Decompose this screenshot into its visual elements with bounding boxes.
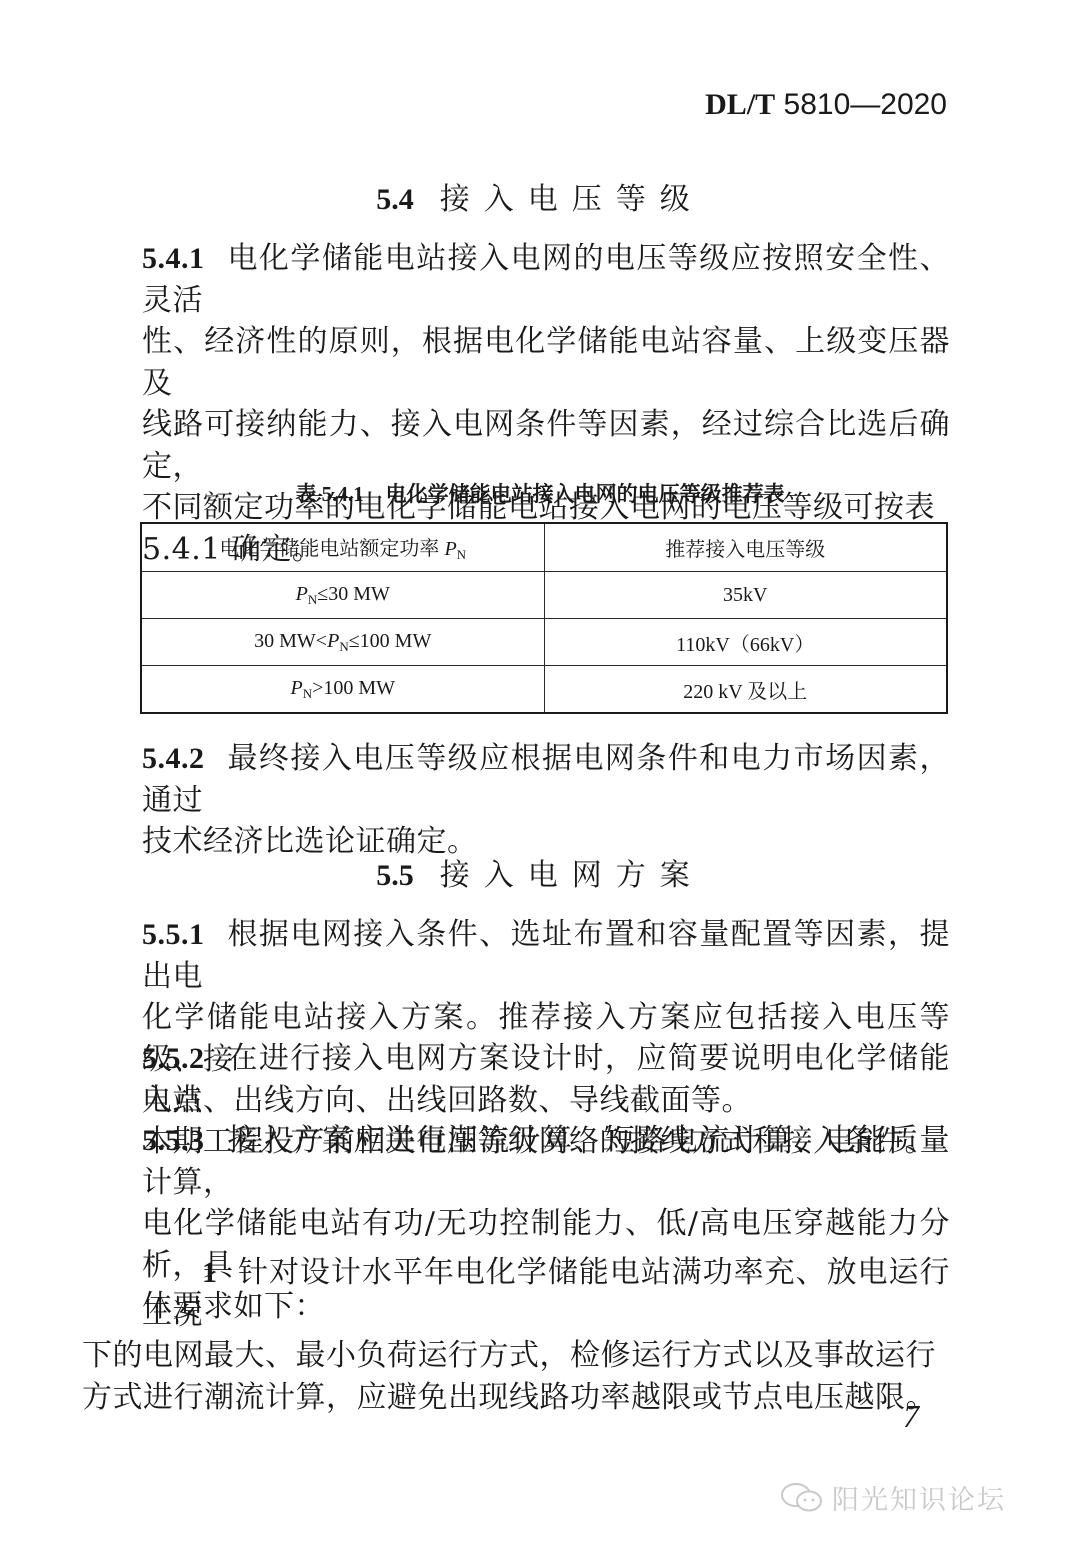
section-title: 接入电网方案 [440, 858, 704, 893]
header-text: 电化学储能电站额定功率 [219, 538, 444, 560]
table-caption: 表 5.4.1电化学储能电站接入电网的电压等级推荐表 [0, 478, 1080, 508]
clause-line: 性、经济性的原则，根据电化学储能电站容量、上级变压器及 [142, 324, 950, 401]
clause-number: 5.4.2 [142, 742, 205, 775]
watermark-text: 阳光知识论坛 [832, 1478, 1006, 1517]
table-number: 表 5.4.1 [295, 482, 363, 506]
subscript-n: N [339, 639, 348, 654]
clause-number: 5.5.2 [142, 1042, 205, 1075]
symbol-p: P [444, 538, 456, 560]
table-header-row: 电化学储能电站额定功率 PN 推荐接入电压等级 [141, 523, 947, 572]
power-suffix: >100 MW [312, 677, 395, 699]
clause-number: 5.5.3 [142, 1124, 205, 1157]
item-line: 方式进行潮流计算，应避免出现线路功率越限或节点电压越限。 [82, 1377, 936, 1419]
table-row: 30 MW<PN≤100 MW 110kV（66kV） [141, 619, 947, 666]
voltage-level-table: 电化学储能电站额定功率 PN 推荐接入电压等级 PN≤30 MW 35kV 30… [140, 522, 948, 714]
clause-5-4-1: 5.4.1电化学储能电站接入电网的电压等级应按照安全性、灵活 性、经济性的原则，… [142, 238, 950, 570]
clause-line: 接入方案应进行潮流计算、短路电流计算、电能质量计算， [142, 1123, 950, 1200]
power-prefix: 30 MW< [254, 630, 327, 652]
header-rated-power: 电化学储能电站额定功率 PN [141, 523, 544, 572]
subscript-n: N [457, 547, 466, 562]
standard-prefix: DL/T [705, 88, 775, 121]
clause-5-4-2: 5.4.2最终接入电压等级应根据电网条件和电力市场因素，通过 技术经济比选论证确… [142, 738, 950, 863]
page-number: 7 [903, 1398, 919, 1435]
clause-number: 5.4.1 [142, 242, 205, 275]
cell-power: PN≤30 MW [141, 572, 544, 619]
section-number: 5.5 [376, 859, 414, 892]
section-number: 5.4 [376, 183, 414, 216]
clause-line: 最终接入电压等级应根据电网条件和电力市场因素，通过 [142, 741, 950, 818]
watermark: 阳光知识论坛 [780, 1478, 1006, 1517]
section-heading-5-5: 5.5接入电网方案 [0, 850, 1080, 894]
symbol-p: P [327, 630, 339, 652]
power-suffix: ≤30 MW [317, 583, 390, 605]
item-number: 1 [202, 1256, 218, 1289]
cell-voltage: 110kV（66kV） [544, 619, 947, 666]
power-suffix: ≤100 MW [349, 630, 432, 652]
clause-line: 线路可接纳能力、接入电网条件等因素，经过综合比选后确定， [142, 407, 950, 484]
section-title: 接入电压等级 [440, 182, 704, 217]
cell-power: PN>100 MW [141, 666, 544, 714]
subscript-n: N [303, 686, 312, 701]
standard-number: 5810—2020 [784, 88, 947, 121]
symbol-p: P [296, 583, 308, 605]
wechat-icon [780, 1481, 824, 1515]
clause-5-5-3-item-1: 1针对设计水平年电化学储能电站满功率充、放电运行工况 下的电网最大、最小负荷运行… [142, 1252, 950, 1418]
clause-line: 根据电网接入条件、选址布置和容量配置等因素，提出电 [142, 917, 950, 994]
standard-code: DL/T 5810—2020 [705, 88, 947, 122]
clause-line: 电化学储能电站接入电网的电压等级应按照安全性、灵活 [142, 241, 950, 318]
cell-voltage: 35kV [544, 572, 947, 619]
subscript-n: N [308, 592, 317, 607]
cell-voltage: 220 kV 及以上 [544, 666, 947, 714]
section-heading-5-4: 5.4接入电压等级 [0, 174, 1080, 218]
cell-power: 30 MW<PN≤100 MW [141, 619, 544, 666]
clause-number: 5.5.1 [142, 918, 205, 951]
item-line: 下的电网最大、最小负荷运行方式，检修运行方式以及事故运行 [82, 1335, 936, 1377]
header-recommended-voltage: 推荐接入电压等级 [544, 523, 947, 572]
table-row: PN≤30 MW 35kV [141, 572, 947, 619]
clause-line: 在进行接入电网方案设计时，应简要说明电化学储能电站 [142, 1041, 950, 1118]
table-title: 电化学储能电站接入电网的电压等级推荐表 [386, 481, 785, 506]
symbol-p: P [290, 677, 302, 699]
table-row: PN>100 MW 220 kV 及以上 [141, 666, 947, 714]
item-line: 针对设计水平年电化学储能电站满功率充、放电运行工况 [142, 1255, 950, 1332]
